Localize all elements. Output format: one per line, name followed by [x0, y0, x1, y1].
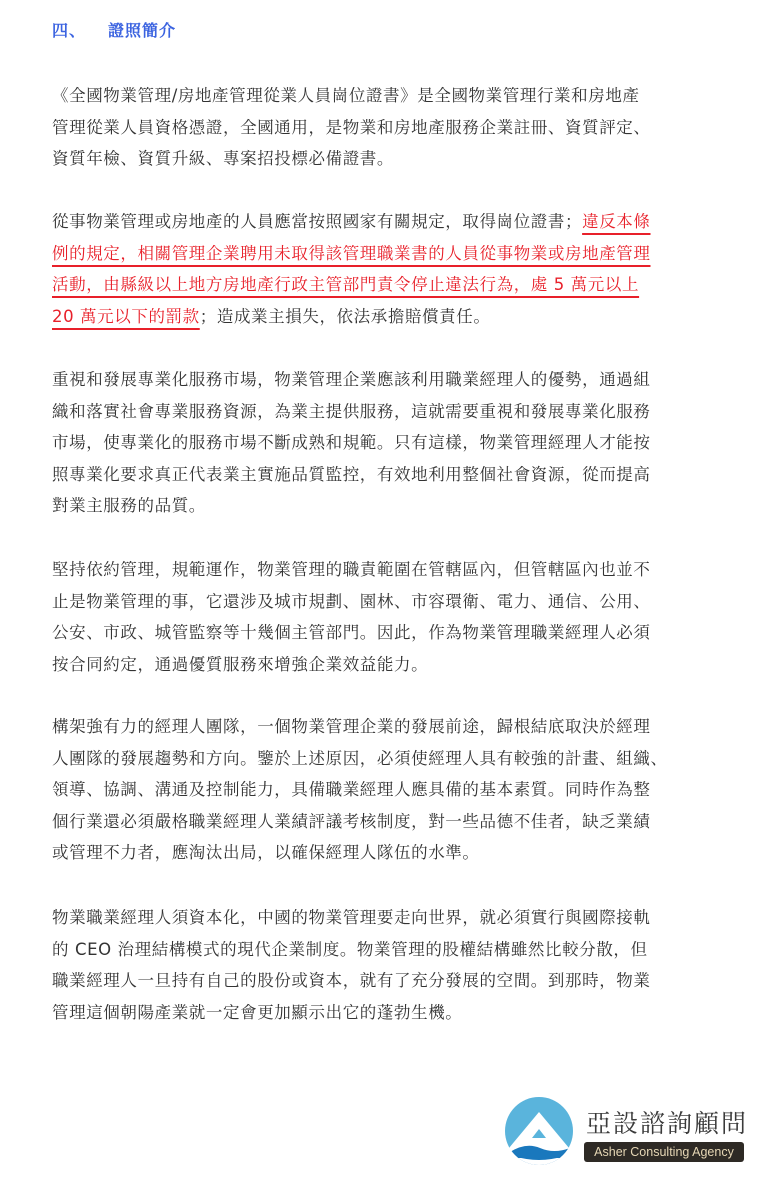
text-line: 公安、市政、城管監察等十幾個主管部門。因此，作為物業管理職業經理人必須	[52, 617, 692, 649]
mountain-circle-logo-icon	[504, 1096, 574, 1166]
penalty-highlight: 活動，由縣級以上地方房地產行政主管部門責令停止違法行為，處 5 萬元以上	[52, 275, 639, 294]
text-line: 構架強有力的經理人團隊，一個物業管理企業的發展前途，歸根結底取決於經理	[52, 711, 692, 743]
text-line: 照專業化要求真正代表業主實施品質監控，有效地利用整個社會資源，從而提高	[52, 459, 692, 491]
text-line: 20 萬元以下的罰款；造成業主損失，依法承擔賠償責任。	[52, 301, 692, 333]
text-line: 資質年檢、資質升級、專案招投標必備證書。	[52, 143, 692, 175]
logo-chinese-name: 亞設諮詢顧問	[586, 1104, 748, 1140]
text-line: 從事物業管理或房地產的人員應當按照國家有關規定，取得崗位證書；違反本條	[52, 206, 692, 238]
text-line: 按合同約定，通過優質服務來增強企業效益能力。	[52, 649, 692, 681]
normal-text: ；造成業主損失，依法承擔賠償責任。	[200, 307, 491, 326]
logo-english-name: Asher Consulting Agency	[584, 1142, 744, 1162]
penalty-highlight: 例的規定，相關管理企業聘用未取得該管理職業書的人員從事物業或房地產管理	[52, 244, 651, 263]
penalty-highlight: 20 萬元以下的罰款	[52, 307, 200, 326]
company-logo: 亞設諮詢顧問 Asher Consulting Agency	[498, 1090, 758, 1180]
text-line: 止是物業管理的事，它還涉及城市規劃、園林、市容環衛、電力、通信、公用、	[52, 586, 692, 618]
text-line: 個行業還必須嚴格職業經理人業績評議考核制度，對一些品德不佳者，缺乏業績	[52, 806, 692, 838]
text-line: 《全國物業管理/房地產管理從業人員崗位證書》是全國物業管理行業和房地產	[52, 80, 692, 112]
normal-text: 從事物業管理或房地產的人員應當按照國家有關規定，取得崗位證書；	[52, 212, 582, 231]
paragraph-professional-market: 重視和發展專業化服務市場，物業管理企業應該利用職業經理人的優勢，通過組 織和落實…	[52, 364, 692, 522]
section-number: 四、	[52, 18, 108, 41]
text-line: 堅持依約管理，規範運作，物業管理的職責範圍在管轄區內，但管轄區內也並不	[52, 554, 692, 586]
paragraph-contract-management: 堅持依約管理，規範運作，物業管理的職責範圍在管轄區內，但管轄區內也並不 止是物業…	[52, 554, 692, 680]
text-line: 織和落實社會專業服務資源，為業主提供服務，這就需要重視和發展專業化服務	[52, 396, 692, 428]
text-line: 市場，使專業化的服務市場不斷成熟和規範。只有這樣，物業管理經理人才能按	[52, 427, 692, 459]
paragraph-legal-requirement: 從事物業管理或房地產的人員應當按照國家有關規定，取得崗位證書；違反本條 例的規定…	[52, 206, 692, 332]
paragraph-certificate-intro: 《全國物業管理/房地產管理從業人員崗位證書》是全國物業管理行業和房地產 管理從業…	[52, 80, 692, 175]
text-line: 重視和發展專業化服務市場，物業管理企業應該利用職業經理人的優勢，通過組	[52, 364, 692, 396]
text-line: 管理這個朝陽產業就一定會更加顯示出它的蓬勃生機。	[52, 997, 692, 1029]
section-heading: 四、證照簡介	[52, 18, 176, 41]
paragraph-manager-team: 構架強有力的經理人團隊，一個物業管理企業的發展前途，歸根結底取決於經理 人團隊的…	[52, 711, 692, 869]
paragraph-capitalization: 物業職業經理人須資本化，中國的物業管理要走向世界，就必須實行與國際接軌 的 CE…	[52, 902, 692, 1028]
text-line: 活動，由縣級以上地方房地產行政主管部門責令停止違法行為，處 5 萬元以上	[52, 269, 692, 301]
text-line: 對業主服務的品質。	[52, 490, 692, 522]
text-line: 領導、協調、溝通及控制能力，具備職業經理人應具備的基本素質。同時作為整	[52, 774, 692, 806]
text-line: 物業職業經理人須資本化，中國的物業管理要走向世界，就必須實行與國際接軌	[52, 902, 692, 934]
penalty-highlight: 違反本條	[582, 212, 650, 231]
section-title: 證照簡介	[108, 21, 176, 40]
text-line: 例的規定，相關管理企業聘用未取得該管理職業書的人員從事物業或房地產管理	[52, 238, 692, 270]
text-line: 管理從業人員資格憑證，全國通用，是物業和房地產服務企業註冊、資質評定、	[52, 112, 692, 144]
text-line: 職業經理人一旦持有自己的股份或資本，就有了充分發展的空間。到那時，物業	[52, 965, 692, 997]
text-line: 人團隊的發展趨勢和方向。鑒於上述原因，必須使經理人具有較強的計畫、組織、	[52, 743, 692, 775]
text-line: 或管理不力者，應淘汰出局，以確保經理人隊伍的水準。	[52, 837, 692, 869]
text-line: 的 CEO 治理結構模式的現代企業制度。物業管理的股權結構雖然比較分散，但	[52, 934, 692, 966]
